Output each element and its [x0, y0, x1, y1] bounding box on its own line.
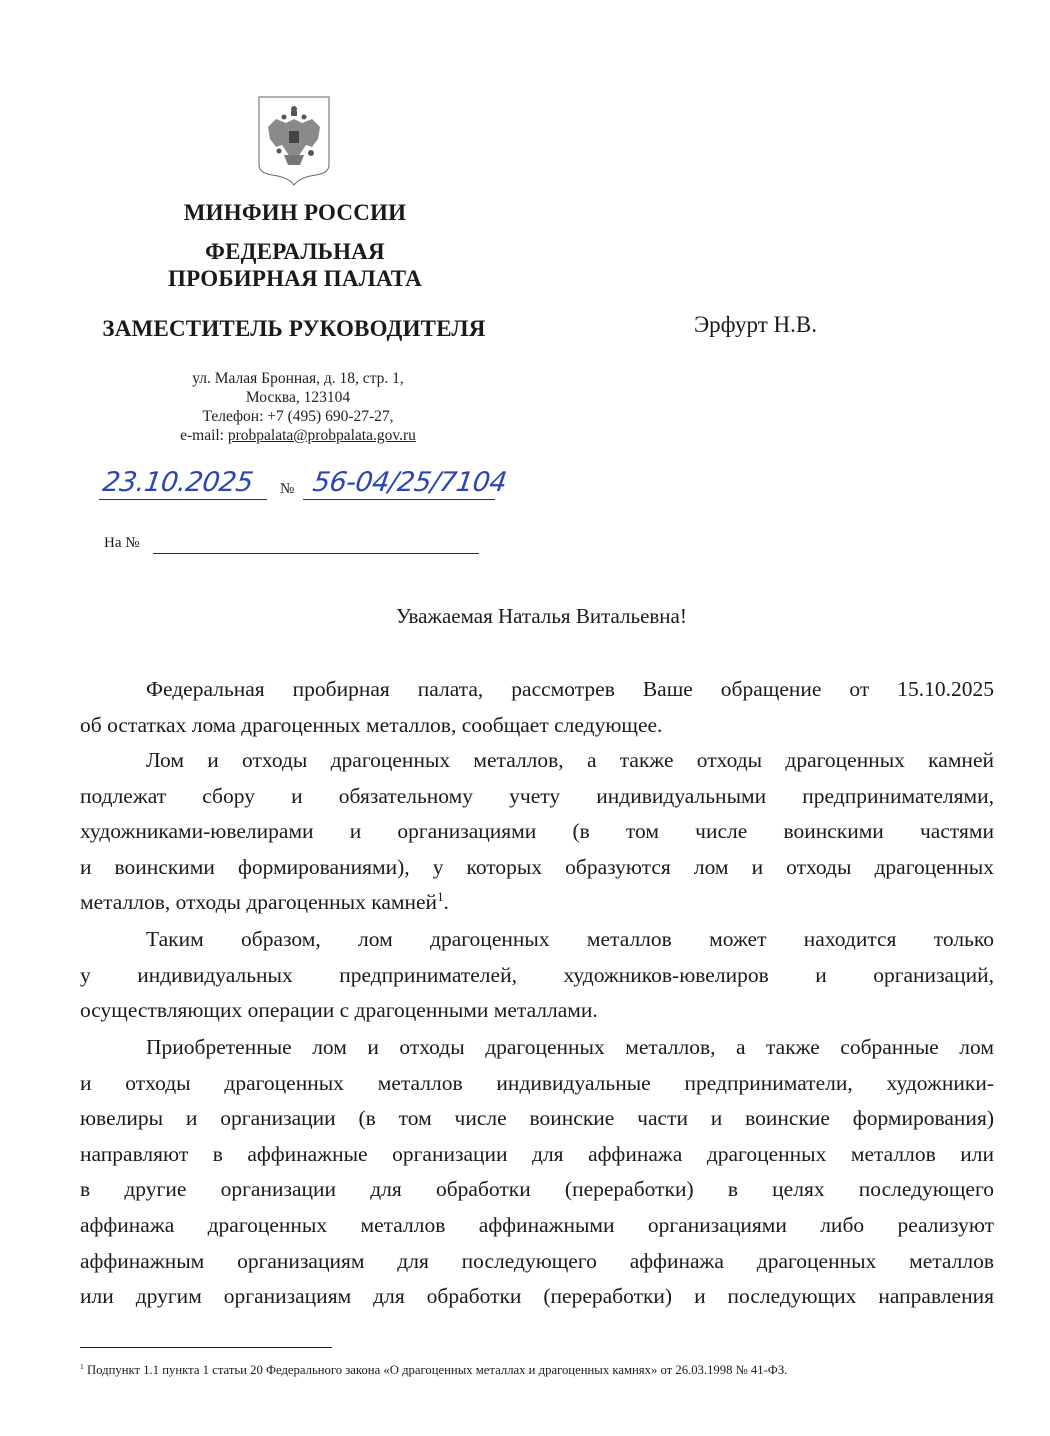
text-line: и воинскими формированиями), у которых о… [80, 850, 994, 886]
addressee: Эрфурт Н.В. [694, 312, 817, 338]
text-line: Федеральная пробирная палата, рассмотрев… [80, 672, 994, 708]
text-line: об остатках лома драгоценных металлов, с… [80, 708, 994, 744]
agency-name-line1: ФЕДЕРАЛЬНАЯ [80, 239, 510, 265]
registration-number: 56-04/25/7104 [311, 467, 509, 498]
text-line: направляют в аффинажные организации для … [80, 1137, 994, 1173]
paragraph-1: Федеральная пробирная палата, рассмотрев… [80, 672, 994, 743]
address-phone: Телефон: +7 (495) 690-27-27, [128, 407, 468, 426]
signatory-position: ЗАМЕСТИТЕЛЬ РУКОВОДИТЕЛЯ [84, 316, 504, 342]
paragraph-2: Лом и отходы драгоценных металлов, а так… [80, 743, 994, 921]
text-line: и отходы драгоценных металлов индивидуал… [80, 1066, 994, 1102]
text-line: Лом и отходы драгоценных металлов, а так… [80, 743, 994, 779]
footnote-separator [80, 1347, 332, 1348]
email-label: e-mail: [180, 427, 228, 444]
sender-address: ул. Малая Бронная, д. 18, стр. 1, Москва… [128, 369, 468, 445]
text-line: подлежат сбору и обязательному учету инд… [80, 779, 994, 815]
paragraph-4: Приобретенные лом и отходы драгоценных м… [80, 1030, 994, 1315]
address-email-row: e-mail: probpalata@probpalata.gov.ru [128, 426, 468, 445]
ministry-name: МИНФИН РОССИИ [80, 200, 510, 226]
reply-to-label: На № [104, 535, 140, 552]
address-street: ул. Малая Бронная, д. 18, стр. 1, [128, 369, 468, 388]
number-sign: № [280, 481, 294, 498]
number-underline [303, 499, 495, 500]
date-underline [99, 499, 267, 500]
text-line: художниками-ювелирами и организациями (в… [80, 814, 994, 850]
registration-date: 23.10.2025 [101, 467, 255, 498]
text-line: ювелиры и организации (в том числе воинс… [80, 1101, 994, 1137]
text-line: аффинажным организациям для последующего… [80, 1244, 994, 1280]
text-line: металлов, отходы драгоценных камней1. [80, 885, 994, 921]
text-line: Приобретенные лом и отходы драгоценных м… [80, 1030, 994, 1066]
text-line: осуществляющих операции с драгоценными м… [80, 993, 994, 1029]
coat-of-arms-icon [256, 95, 332, 187]
sentence-end: . [444, 890, 449, 914]
footnote-text: Подпункт 1.1 пункта 1 статьи 20 Федераль… [84, 1363, 788, 1377]
text-line: в другие организации для обработки (пере… [80, 1172, 994, 1208]
email-link[interactable]: probpalata@probpalata.gov.ru [228, 427, 416, 444]
reply-to-underline [153, 553, 479, 554]
agency-name-line2: ПРОБИРНАЯ ПАЛАТА [80, 266, 510, 292]
text-line: аффинажа драгоценных металлов аффинажным… [80, 1208, 994, 1244]
address-city: Москва, 123104 [128, 388, 468, 407]
footnote: 1 Подпункт 1.1 пункта 1 статьи 20 Федера… [80, 1363, 787, 1378]
text-line: Таким образом, лом драгоценных металлов … [80, 922, 994, 958]
text-line-content: металлов, отходы драгоценных камней [80, 890, 437, 914]
text-line: или другим организациям для обработки (п… [80, 1279, 994, 1315]
paragraph-3: Таким образом, лом драгоценных металлов … [80, 922, 994, 1029]
text-line: у индивидуальных предпринимателей, худож… [80, 958, 994, 994]
greeting: Уважаемая Наталья Витальевна! [396, 604, 687, 629]
